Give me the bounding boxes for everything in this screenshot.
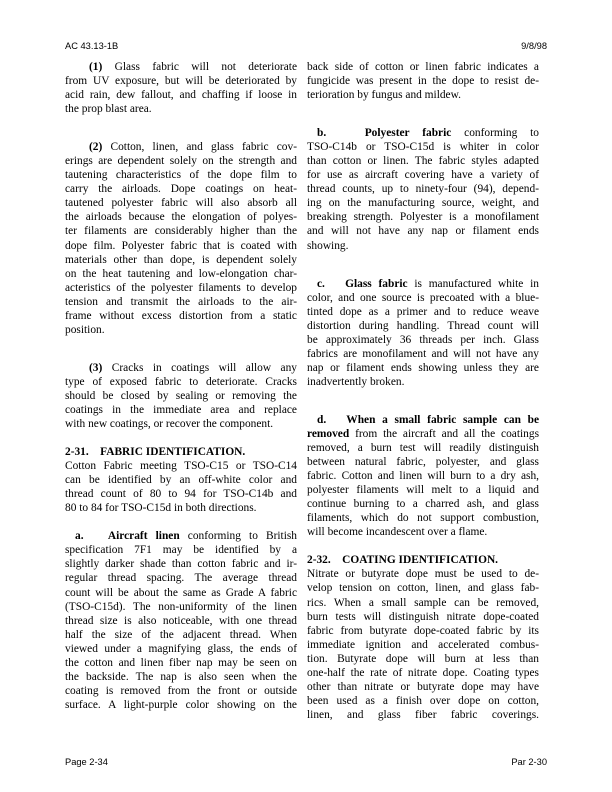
paragraph-a: a. Aircraft linen conforming to British … [65, 529, 297, 712]
paragraph-label: b. [317, 127, 326, 139]
paragraph-title: Glass fabric [345, 278, 407, 290]
paragraph-label: (2) [89, 141, 102, 153]
paragraph-label: a. [75, 530, 84, 542]
paragraph-d: d. When a small fabric sample can be rem… [307, 413, 539, 539]
section-2-32: 2-32. COATING IDENTIFICATION. Nitrate or… [307, 553, 539, 722]
paragraph-title-cont: removed [307, 428, 349, 440]
paragraph-3: (3) Cracks in coatings will allow any ty… [65, 361, 297, 431]
paragraph-1: (1) Glass fabric will not deteriorate fr… [65, 60, 297, 116]
paragraph-title: Aircraft linen [108, 530, 180, 542]
left-column: (1) Glass fabric will not deteriorate fr… [65, 60, 297, 712]
paragraph-2: (2) Cotton, linen, and glass fabric cov-… [65, 140, 297, 337]
paragraph-c: c. Glass fabric is manufactured white in… [307, 277, 539, 389]
paragraph-label: d. [317, 414, 326, 426]
section-heading: 2-31. FABRIC IDENTIFICATION. [65, 445, 297, 459]
footer-paragraph-ref: Par 2-30 [511, 757, 547, 768]
header-date: 9/8/98 [521, 41, 547, 52]
header-doc-id: AC 43.13-1B [65, 41, 118, 52]
paragraph-label: (1) [89, 61, 102, 73]
paragraph-title: Polyester fabric [365, 127, 452, 139]
paragraph-b: b. Polyester fabric conforming to TSO-C1… [307, 126, 539, 252]
paragraph-label: (3) [89, 362, 102, 374]
paragraph-a-continued: back side of cotton or linen fabric indi… [307, 60, 539, 102]
right-column: back side of cotton or linen fabric indi… [307, 60, 539, 722]
paragraph-label: c. [317, 278, 325, 290]
paragraph-title: When a small fabric sample can be [346, 414, 539, 426]
section-heading: 2-32. COATING IDENTIFICATION. [307, 553, 539, 567]
section-2-31: 2-31. FABRIC IDENTIFICATION. Cotton Fabr… [65, 445, 297, 515]
footer-page-number: Page 2-34 [65, 757, 108, 768]
